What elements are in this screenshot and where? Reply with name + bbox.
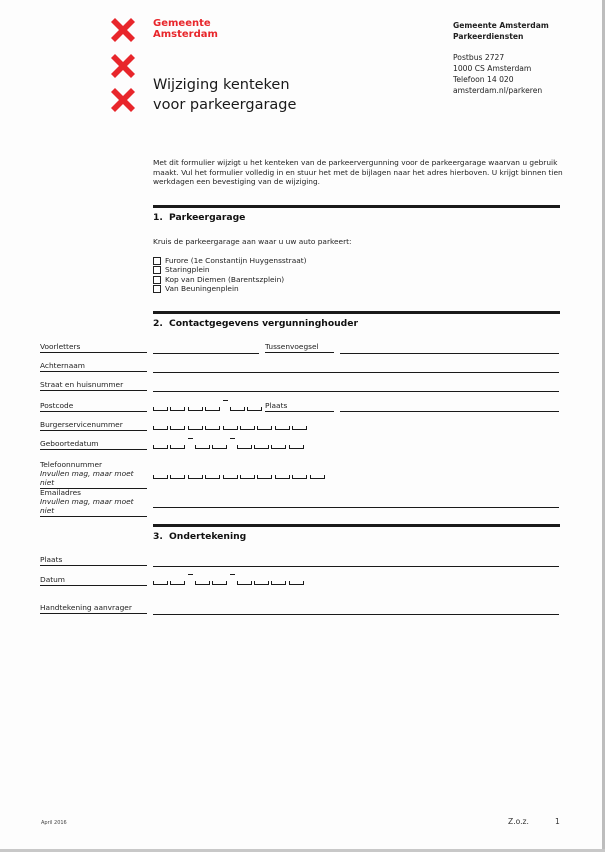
section-1-title: 1.Parkeergarage [153,212,245,223]
emailadres-field[interactable] [153,507,559,508]
section-2-title: 2.Contactgegevens vergunninghouder [153,318,358,329]
page-number: 1 [555,817,560,826]
address-line1: Gemeente Amsterdam [453,20,549,31]
label-postcode: Postcode [40,401,147,412]
checkbox[interactable] [153,257,161,265]
label-geboortedatum: Geboortedatum [40,439,147,450]
geboortedatum-field[interactable] [153,444,306,449]
checkbox[interactable] [153,285,161,293]
section-divider [153,524,560,527]
footer-date: April 2016 [41,820,67,826]
postcode-field[interactable] [153,406,264,411]
address-line3: Postbus 2727 [453,52,549,63]
label-plaats: Plaats [265,401,334,412]
voorletters-field[interactable] [153,353,259,354]
checkbox[interactable] [153,276,161,284]
amsterdam-cross-icon [108,85,138,115]
garage-option-furore[interactable]: Furore (1e Constantijn Huygensstraat) [153,256,307,265]
amsterdam-cross-icon [108,15,138,45]
intro-text: Met dit formulier wijzigt u het kenteken… [153,158,563,187]
org-name-line2: Amsterdam [153,29,218,40]
achternaam-field[interactable] [153,372,559,373]
optional-hint: Invullen mag, maar moet niet [40,469,147,487]
title-line1: Wijziging kenteken [153,75,296,95]
garage-option-kop-van-diemen[interactable]: Kop van Diemen (Barentszplein) [153,275,284,284]
amsterdam-cross-icon [108,51,138,81]
label-telefoonnummer: Telefoonnummer Invullen mag, maar moet n… [40,460,147,489]
plaats-field[interactable] [340,411,559,412]
section-divider [153,205,560,208]
handtekening-field[interactable] [153,614,559,615]
section-1-instruction: Kruis de parkeergarage aan waar u uw aut… [153,237,352,246]
checkbox[interactable] [153,266,161,274]
telefoonnummer-field[interactable] [153,474,327,479]
tussenvoegsel-field[interactable] [340,353,559,354]
optional-hint: Invullen mag, maar moet niet [40,497,147,515]
label-datum: Datum [40,575,147,586]
address-line2: Parkeerdiensten [453,31,549,42]
address-block: Gemeente Amsterdam Parkeerdiensten Postb… [453,20,549,96]
ondertekening-plaats-field[interactable] [153,566,559,567]
label-tussenvoegsel: Tussenvoegsel [265,342,334,353]
section-3-title: 3.Ondertekening [153,531,246,542]
label-straat-huisnummer: Straat en huisnummer [40,380,147,391]
label-burgerservicenummer: Burgerservicenummer [40,420,147,431]
label-handtekening: Handtekening aanvrager [40,603,147,614]
label-ondertekening-plaats: Plaats [40,555,147,566]
garage-option-van-beuningenplein[interactable]: Van Beuningenplein [153,284,239,293]
address-line5: Telefoon 14 020 [453,74,549,85]
org-name-line1: Gemeente [153,18,218,29]
garage-option-staringplein[interactable]: Staringplein [153,265,210,274]
straat-huisnummer-field[interactable] [153,391,559,392]
datum-field[interactable] [153,580,306,585]
label-voorletters: Voorletters [40,342,147,353]
footer-zoz: Z.o.z. [508,817,529,826]
address-line6: amsterdam.nl/parkeren [453,85,549,96]
section-divider [153,311,560,314]
organization-name: Gemeente Amsterdam [153,18,218,40]
label-emailadres: Emailadres Invullen mag, maar moet niet [40,488,147,517]
burgerservicenummer-field[interactable] [153,425,310,430]
document-title: Wijziging kenteken voor parkeergarage [153,75,296,115]
title-line2: voor parkeergarage [153,95,296,115]
label-achternaam: Achternaam [40,361,147,372]
address-line4: 1000 CS Amsterdam [453,63,549,74]
